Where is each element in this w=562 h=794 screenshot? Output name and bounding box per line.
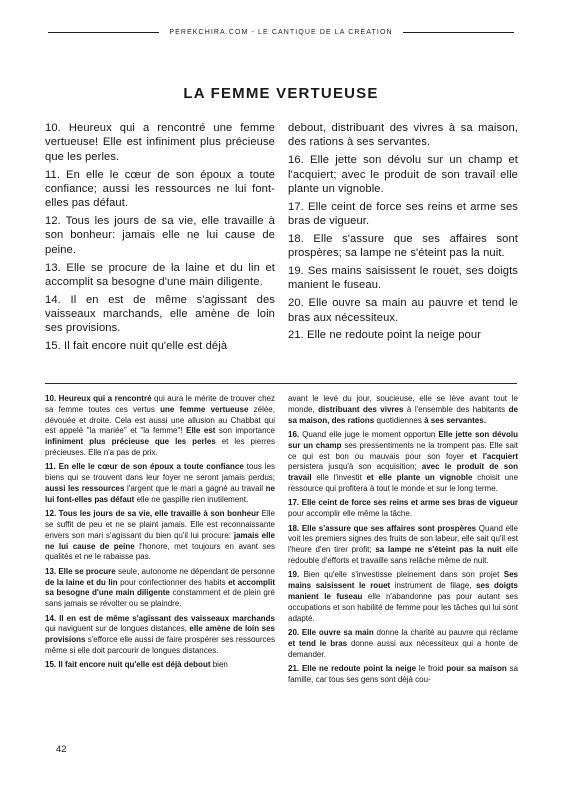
verse-paragraph: 10. Heureux qui a rencontré une femme ve… <box>45 121 275 164</box>
verse-quote-segment: 14. Il en est de même s'agissant des vai… <box>45 614 275 623</box>
commentary-text-segment: persistera jusqu'à son acquisition; <box>288 462 422 471</box>
commentary-paragraph: 20. Elle ouvre sa main donne la charité … <box>288 628 518 660</box>
verses-right-column: debout, distribuant des vivres à sa mais… <box>288 121 518 357</box>
verse-quote-segment: pour sa maison <box>446 664 506 673</box>
commentary-paragraph: 19. Bien qu'elle s'investisse pleinement… <box>288 570 518 624</box>
verse-quote-segment: 12. Tous les jours de sa vie, elle trava… <box>45 509 259 518</box>
commentary-text-segment: seule, autonome ne dépendant de personne <box>116 567 275 576</box>
verse-quote-segment: 10. Heureux qui a rencontré <box>45 394 152 403</box>
commentary-text-segment: à l'ensemble des habitants <box>403 405 508 414</box>
verse-paragraph: 18. Elle s'assure que ses affaires sont … <box>288 232 518 261</box>
commentary-paragraph: 17. Elle ceint de force ses reins et arm… <box>288 498 518 520</box>
commentary-text-segment: instrument de filage, <box>390 581 476 590</box>
verse-quote-segment: 17. Elle ceint de force ses reins et arm… <box>288 498 518 507</box>
verse-quote-segment: à ses servantes. <box>424 416 486 425</box>
verse-quote-segment: 16. <box>288 430 299 439</box>
commentary-left-column: 10. Heureux qui a rencontré qui aura le … <box>45 394 275 689</box>
commentary-text-segment: donne la charité au pauvre qui réclame <box>374 628 518 637</box>
verse-quote-segment: 13. Elle se procure <box>45 567 116 576</box>
commentary-section: 10. Heureux qui a rencontré qui aura le … <box>45 394 517 689</box>
header-rule-right <box>403 32 514 33</box>
verse-quote-segment: et elle plante un vignoble <box>367 473 473 482</box>
commentary-text-segment: pour accomplir elle même la tâche. <box>288 509 412 518</box>
commentary-text-segment: Quand elle juge le moment opportun <box>299 430 438 439</box>
verse-paragraph: 13. Elle se procure de la laine et du li… <box>45 261 275 290</box>
page-header: PEREKCHIRA.COM - LE CANTIQUE DE LA CRÉAT… <box>45 29 517 36</box>
section-divider <box>45 383 517 384</box>
site-title: PEREKCHIRA.COM - LE CANTIQUE DE LA CRÉAT… <box>169 29 392 36</box>
page-number: 42 <box>56 744 67 755</box>
verse-paragraph: 19. Ses mains saisissent le rouet, ses d… <box>288 264 518 293</box>
commentary-paragraph: avant le levé du jour, soucieuse, elle s… <box>288 394 518 426</box>
commentary-text-segment: le froid <box>416 664 446 673</box>
verse-paragraph: 14. Il en est de même s'agissant des vai… <box>45 293 275 336</box>
verse-quote-segment: aussi les ressources <box>45 484 124 493</box>
verse-quote-segment: sa lampe ne s'éteint pas la nuit <box>375 545 502 554</box>
verse-paragraph: 16. Elle jette son dévolu sur un champ e… <box>288 153 518 196</box>
commentary-paragraph: 10. Heureux qui a rencontré qui aura le … <box>45 394 275 459</box>
commentary-text-segment: qui naviguent sur de longues distances, <box>45 624 189 633</box>
page-title: LA FEMME VERTUEUSE <box>0 85 562 102</box>
verse-quote-segment: distribuant des vivres <box>318 405 403 414</box>
verse-quote-segment: 19. <box>288 570 299 579</box>
verse-quote-segment: 18. Elle s'assure que ses affaires sont … <box>288 524 476 533</box>
commentary-text-segment: bien <box>211 660 228 669</box>
commentary-paragraph: 12. Tous les jours de sa vie, elle trava… <box>45 509 275 563</box>
verse-paragraph: debout, distribuant des vivres à sa mais… <box>288 121 518 150</box>
verse-paragraph: 21. Elle ne redoute point la neige pour <box>288 328 518 342</box>
verse-quote-segment: 11. En elle le cœur de son époux a toute… <box>45 462 244 471</box>
verse-paragraph: 15. Il fait encore nuit qu'elle est déjà <box>45 339 275 353</box>
verse-quote-segment: une femme vertueuse <box>160 405 248 414</box>
commentary-paragraph: 11. En elle le cœur de son époux a toute… <box>45 462 275 505</box>
verse-paragraph: 17. Elle ceint de force ses reins et arm… <box>288 200 518 229</box>
commentary-paragraph: 13. Elle se procure seule, autonome ne d… <box>45 567 275 610</box>
commentary-paragraph: 15. Il fait encore nuit qu'elle est déjà… <box>45 660 275 671</box>
commentary-text-segment: Bien qu'elle s'investisse pleinement dan… <box>299 570 504 579</box>
verses-section: 10. Heureux qui a rencontré une femme ve… <box>45 121 517 357</box>
verse-quote-segment: Elle est <box>186 426 215 435</box>
verse-quote-segment: 20. Elle ouvre sa main <box>288 628 374 637</box>
commentary-text-segment: son importance <box>215 426 275 435</box>
commentary-paragraph: 21. Elle ne redoute point la neige le fr… <box>288 664 518 686</box>
commentary-text-segment: pour confectionner des habits <box>118 578 228 587</box>
verses-left-column: 10. Heureux qui a rencontré une femme ve… <box>45 121 275 357</box>
commentary-paragraph: 18. Elle s'assure que ses affaires sont … <box>288 524 518 567</box>
commentary-right-column: avant le levé du jour, soucieuse, elle s… <box>288 394 518 689</box>
verse-quote-segment: et tend le bras <box>288 639 347 648</box>
commentary-text-segment: quotidiennes <box>374 416 424 425</box>
commentary-paragraph: 14. Il en est de même s'agissant des vai… <box>45 614 275 657</box>
header-rule-left <box>48 32 159 33</box>
document-page: PEREKCHIRA.COM - LE CANTIQUE DE LA CRÉAT… <box>0 0 562 794</box>
verse-paragraph: 11. En elle le cœur de son époux a toute… <box>45 168 275 211</box>
verse-quote-segment: 21. Elle ne redoute point la neige <box>288 664 416 673</box>
verse-quote-segment: infiniment plus précieuse que les perles <box>45 437 216 446</box>
commentary-text-segment: elle ne gaspille rien inutilement. <box>134 495 248 504</box>
verse-paragraph: 20. Elle ouvre sa main au pauvre et tend… <box>288 296 518 325</box>
verse-quote-segment: 15. Il fait encore nuit qu'elle est déjà… <box>45 660 211 669</box>
verse-quote-segment: de la laine et du lin <box>45 578 118 587</box>
verse-paragraph: 12. Tous les jours de sa vie, elle trava… <box>45 214 275 257</box>
commentary-paragraph: 16. Quand elle juge le moment opportun E… <box>288 430 518 495</box>
commentary-text-segment: elle l'investit <box>312 473 367 482</box>
commentary-text-segment: l'argent que le mari a gagné au travail <box>124 484 265 493</box>
verse-quote-segment: et l'acquiert <box>470 452 518 461</box>
